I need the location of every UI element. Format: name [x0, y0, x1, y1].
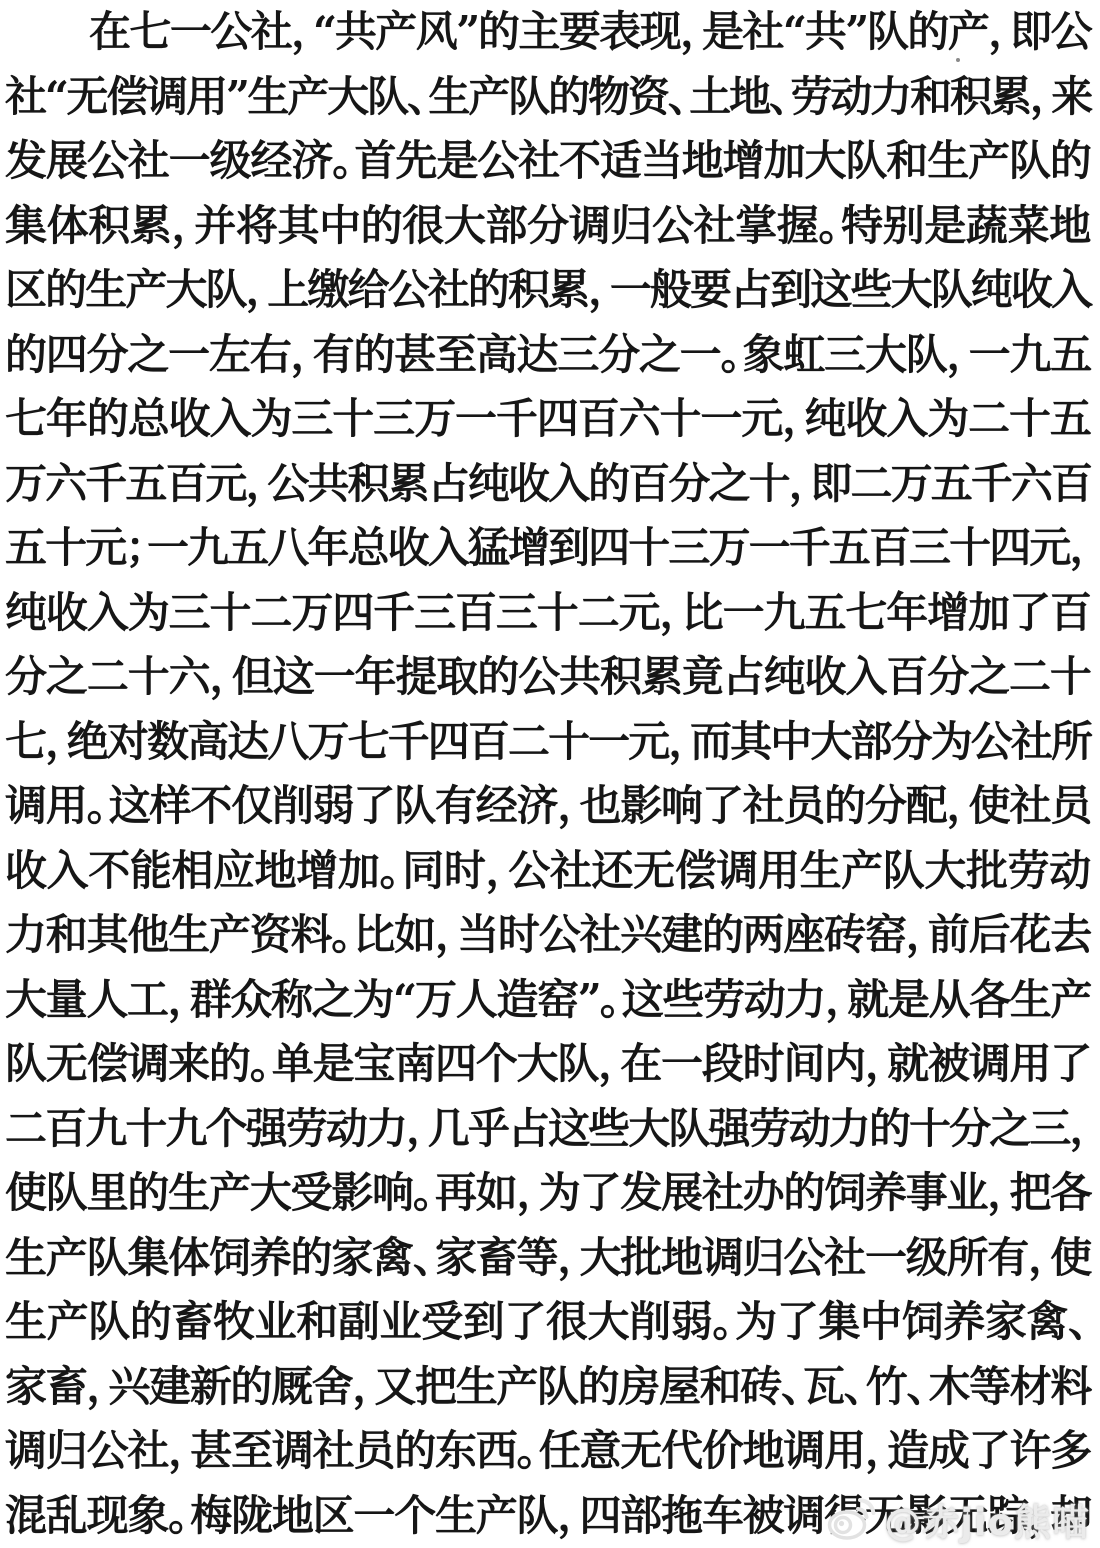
text-line: 分之二十六，但这一年提取的公共积累竟占纯收入百分之二十: [5, 645, 1091, 710]
text-line: 调归公社，甚至调社员的东西。任意无代价地调用，造成了许多: [5, 1419, 1091, 1484]
text-line: 七年的总收入为三十三万一千四百六十一元，纯收入为二十五: [5, 387, 1091, 452]
text-line: 纯收入为三十二万四千三百三十二元，比一九五七年增加了百: [5, 581, 1091, 646]
text-line: 集体积累，并将其中的很大部分调归公社掌握。特别是蔬菜地: [5, 194, 1091, 259]
text-line: 在七一公社，“共产风”的主要表现，是社“共”队的产，即公: [5, 0, 1091, 65]
text-line: 家畜，兴建新的厩舍，又把生产队的房屋和砖、瓦、竹、木等材料: [5, 1355, 1091, 1420]
text-line: 队无偿调来的。单是宝南四个大队，在一段时间内，就被调用了: [5, 1032, 1091, 1097]
text-line: 二百九十九个强劳动力，几乎占这些大队强劳动力的十分之三，: [5, 1097, 1091, 1162]
text-line: 万六千五百元，公共积累占纯收入的百分之十，即二万五千六百: [5, 452, 1091, 517]
paragraph-text: 在七一公社，“共产风”的主要表现，是社“共”队的产，即公社“无偿调用”生产大队、…: [5, 0, 1091, 1548]
weibo-logo-icon: [826, 1496, 880, 1542]
text-line: 力和其他生产资料。比如，当时公社兴建的两座砖窑，前后花去: [5, 903, 1091, 968]
text-line: 五十元；一九五八年总收入猛增到四十三万一千五百三十四元，: [5, 516, 1091, 581]
text-line: 生产队的畜牧业和副业受到了很大削弱。为了集中饲养家禽、: [5, 1290, 1091, 1355]
text-line: 发展公社一级经济。首先是公社不适当地增加大队和生产队的: [5, 129, 1091, 194]
text-line: 使队里的生产大受影响。再如，为了发展社办的饲养事业，把各: [5, 1161, 1091, 1226]
text-line: 社“无偿调用”生产大队、生产队的物资、土地、劳动力和积累，来: [5, 65, 1091, 130]
scan-speck: [956, 58, 960, 62]
weibo-watermark: @赤jio熊喵: [826, 1492, 1090, 1546]
text-line: 的四分之一左右，有的甚至高达三分之一。象虹三大队，一九五: [5, 323, 1091, 388]
text-line: 调用。这样不仅削弱了队有经济，也影响了社员的分配，使社员: [5, 774, 1091, 839]
text-line: 生产队集体饲养的家禽、家畜等，大批地调归公社一级所有，使: [5, 1226, 1091, 1291]
text-line: 区的生产大队，上缴给公社的积累，一般要占到这些大队纯收入: [5, 258, 1091, 323]
scanned-document-page: 在七一公社，“共产风”的主要表现，是社“共”队的产，即公社“无偿调用”生产大队、…: [0, 0, 1100, 1548]
text-line: 七，绝对数高达八万七千四百二十一元，而其中大部分为公社所: [5, 710, 1091, 775]
text-line: 大量人工，群众称之为“万人造窑”。这些劳动力，就是从各生产: [5, 968, 1091, 1033]
text-line: 收入不能相应地增加。同时，公社还无偿调用生产队大批劳动: [5, 839, 1091, 904]
watermark-handle: @赤jio熊喵: [884, 1492, 1090, 1546]
